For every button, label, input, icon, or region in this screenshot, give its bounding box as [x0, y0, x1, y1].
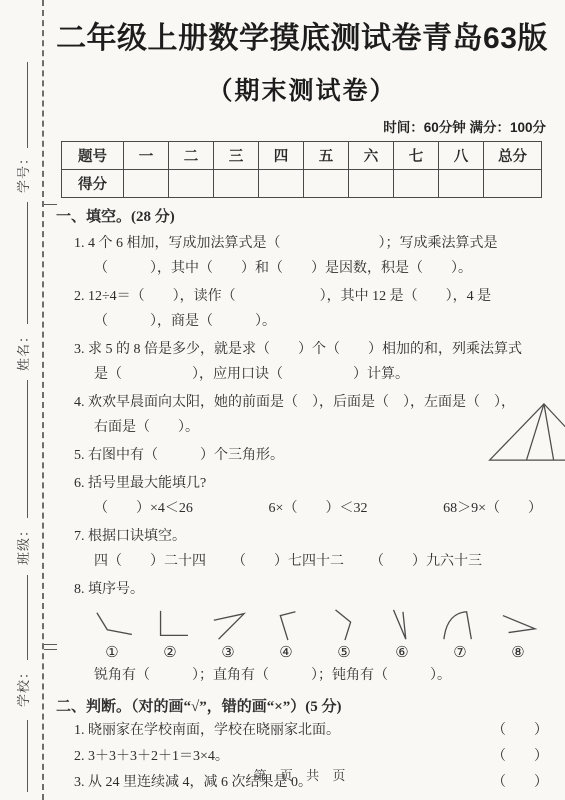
score-cell-empty: [349, 169, 394, 197]
score-header-cell: 六: [349, 141, 394, 169]
angle-figure-right-icon: [147, 608, 193, 642]
expression-item: （ ）×4＜26: [94, 496, 193, 521]
expression-item: 6×（ ）＜32: [269, 496, 368, 521]
score-header-cell: 七: [394, 141, 439, 169]
expression-item: 68＞9×（ ）: [443, 496, 542, 521]
question-line: （ ），商是（ ）。: [56, 309, 548, 334]
question-line: 6. 括号里最大能填几?: [56, 471, 548, 496]
question-line: 1. 4 个 6 相加，写成加法算式是（ ）；写成乘法算式是: [56, 231, 548, 256]
score-cell-empty: [439, 169, 484, 197]
seal-label-class: 班级：: [0, 520, 46, 568]
judge-bracket: （ ）: [492, 718, 548, 744]
seal-rule-line: [27, 62, 28, 148]
question-7: 7. 根据口诀填空。 四（ ）二十四 （ ）七四十二 （ ）九六十三: [56, 524, 548, 574]
circled-number: ⑦: [453, 644, 466, 663]
circled-number: ③: [221, 644, 234, 663]
question-line: 3. 求 5 的 8 倍是多少，就是求（ ）个（ ）相加的和，列乘法算式: [56, 337, 548, 362]
score-cell-empty: [304, 169, 349, 197]
angle-figures-row: ① ② ③ ④ ⑤ ⑥ ⑦: [88, 608, 542, 663]
page-subtitle: （期末测试卷）: [56, 71, 548, 107]
score-header-cell: 五: [304, 141, 349, 169]
score-header-cell: 三: [214, 141, 259, 169]
angle-figure-narrow-acute-icon: [495, 608, 541, 642]
exam-page: 二年级上册数学摸底测试卷青岛63版 （期末测试卷） 时间：60分钟 满分：100…: [56, 0, 548, 796]
circled-number: ②: [163, 644, 176, 663]
judge-text: 1. 晓丽家在学校南面，学校在晓丽家北面。: [74, 718, 340, 744]
question-line: 8. 填序号。: [56, 577, 548, 602]
rhyme-item: （ ）九六十三: [370, 549, 482, 574]
score-cell-empty: [124, 169, 169, 197]
page-footer: 第 页 共 页: [56, 765, 548, 784]
seal-rule-line: [27, 202, 28, 324]
angle-figure-obtuse-icon: [89, 608, 135, 642]
seal-label-student-id: 学号：: [0, 148, 46, 196]
section-fill-heading: 一、填空。(28 分): [56, 207, 548, 228]
question-expressions: （ ）×4＜26 6×（ ）＜32 68＞9×（ ）: [94, 496, 542, 521]
rhyme-item: 四（ ）二十四: [94, 549, 206, 574]
score-cell-empty: [169, 169, 214, 197]
section-judge-heading: 二、判断。（对的画“√”，错的画“×”）(5 分): [56, 697, 548, 718]
seal-label-school: 学校：: [0, 662, 46, 710]
circled-number: ⑥: [395, 644, 408, 663]
angle-figure-curved-icon: [437, 608, 483, 642]
angle-figure-narrow-acute-icon: [379, 608, 425, 642]
question-8: 8. 填序号。 ① ② ③ ④ ⑤: [56, 577, 548, 688]
fill-answer-line: 锐角有（ ）；直角有（ ）；钝角有（ ）。: [56, 663, 548, 688]
angle-item: ③: [204, 608, 252, 663]
question-line: 7. 根据口诀填空。: [56, 524, 548, 549]
angle-figure-acute-icon: [321, 608, 367, 642]
score-table: 题号 一 二 三 四 五 六 七 八 总分 得分: [61, 141, 542, 198]
question-line: 4. 欢欢早晨面向太阳，她的前面是（ ），后面是（ ），左面是（ ），: [56, 390, 548, 415]
rhyme-item: （ ）七四十二: [232, 549, 344, 574]
score-cell-empty: [484, 169, 542, 197]
question-2: 2. 12÷4＝（ ），读作（ ），其中 12 是（ ），4 是 （ ），商是（…: [56, 284, 548, 334]
score-header-cell: 一: [124, 141, 169, 169]
angle-figure-acute-icon: [205, 608, 251, 642]
triangle-icon: [482, 400, 565, 464]
angle-item: ④: [262, 608, 310, 663]
score-cell-empty: [214, 169, 259, 197]
score-header-cell: 四: [259, 141, 304, 169]
angle-item: ⑧: [494, 608, 542, 663]
score-header-cell: 二: [169, 141, 214, 169]
judge-row: 1. 晓丽家在学校南面，学校在晓丽家北面。 （ ）: [56, 718, 548, 744]
question-line: 是（ ），应用口诀（ ）计算。: [56, 362, 548, 387]
question-line: 2. 12÷4＝（ ），读作（ ），其中 12 是（ ），4 是: [56, 284, 548, 309]
triangle-figure: [482, 400, 565, 469]
circled-number: ⑧: [511, 644, 524, 663]
angle-item: ⑦: [436, 608, 484, 663]
score-table-header-row: 题号 一 二 三 四 五 六 七 八 总分: [62, 141, 542, 169]
score-cell-empty: [259, 169, 304, 197]
question-line: 右面是（ ）。: [56, 415, 548, 440]
angle-figure-acute-icon: [263, 608, 309, 642]
question-3: 3. 求 5 的 8 倍是多少，就是求（ ）个（ ）相加的和，列乘法算式 是（ …: [56, 337, 548, 387]
circled-number: ①: [105, 644, 118, 663]
score-table-score-row: 得分: [62, 169, 542, 197]
circled-number: ⑤: [337, 644, 350, 663]
question-5: 5. 右图中有（ ）个三角形。: [56, 443, 548, 468]
question-rhymes: 四（ ）二十四 （ ）七四十二 （ ）九六十三: [94, 549, 482, 574]
page-title: 二年级上册数学摸底测试卷青岛63版: [56, 20, 548, 58]
score-header-cell: 总分: [484, 141, 542, 169]
question-4: 4. 欢欢早晨面向太阳，她的前面是（ ），后面是（ ），左面是（ ）， 右面是（…: [56, 390, 548, 440]
seal-rule-line: [27, 575, 28, 660]
exam-meta: 时间：60分钟 满分：100分: [56, 116, 548, 136]
score-header-cell: 题号: [62, 141, 124, 169]
question-line: （ ），其中（ ）和（ ）是因数，积是（ ）。: [56, 256, 548, 281]
seal-label-name: 姓名：: [0, 326, 46, 374]
question-line: 5. 右图中有（ ）个三角形。: [56, 443, 548, 468]
question-1: 1. 4 个 6 相加，写成加法算式是（ ）；写成乘法算式是 （ ），其中（ ）…: [56, 231, 548, 281]
score-row-label: 得分: [62, 169, 124, 197]
angle-item: ⑥: [378, 608, 426, 663]
seal-rule-line: [27, 380, 28, 518]
score-cell-empty: [394, 169, 439, 197]
question-6: 6. 括号里最大能填几? （ ）×4＜26 6×（ ）＜32 68＞9×（ ）: [56, 471, 548, 521]
circled-number: ④: [279, 644, 292, 663]
angle-item: ①: [88, 608, 136, 663]
angle-item: ⑤: [320, 608, 368, 663]
score-header-cell: 八: [439, 141, 484, 169]
seal-rule-line: [27, 720, 28, 792]
angle-item: ②: [146, 608, 194, 663]
